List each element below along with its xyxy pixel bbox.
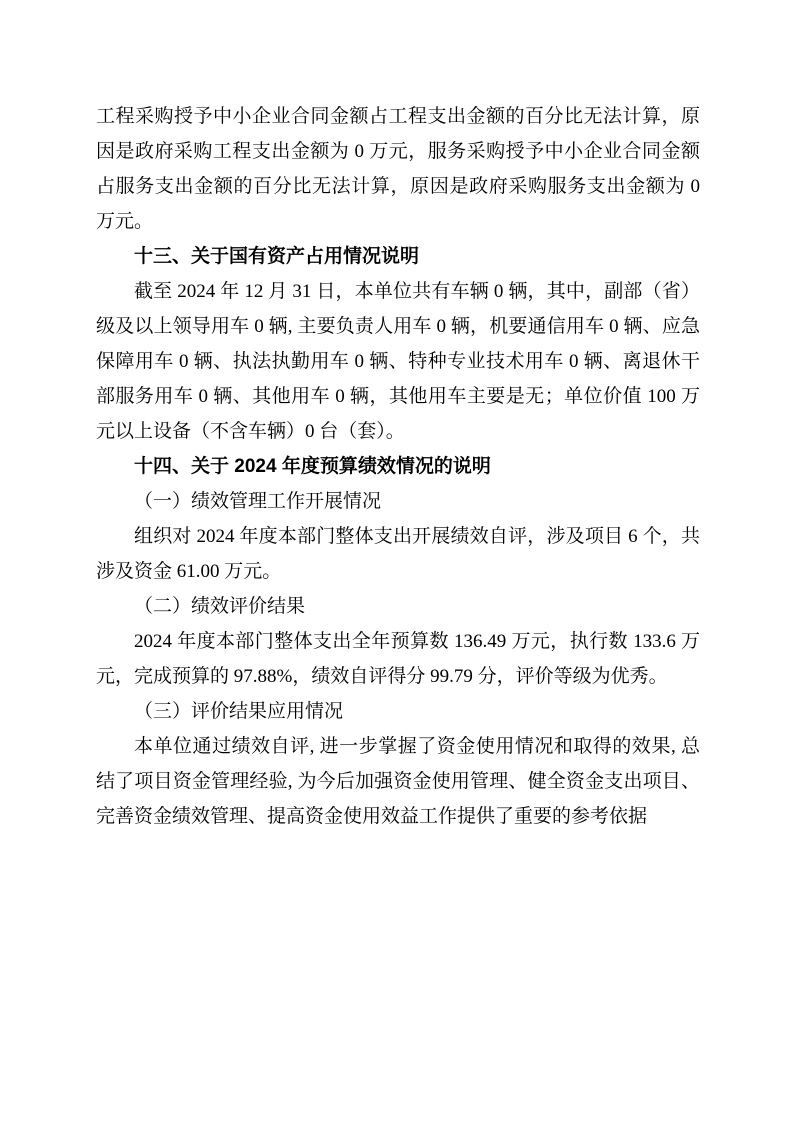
paragraph-self-evaluation: 组织对 2024 年度本部门整体支出开展绩效自评，涉及项目 6 个，共涉及资金 … [96, 519, 700, 589]
paragraph-state-assets: 截至 2024 年 12 月 31 日，本单位共有车辆 0 辆，其中，副部（省）… [96, 274, 700, 449]
paragraph-result-application: 本单位通过绩效自评, 进一步掌握了资金使用情况和取得的效果, 总结了项目资金管理… [96, 729, 700, 834]
heading-section-13: 十三、关于国有资产占用情况说明 [96, 239, 700, 274]
subheading-performance-management: （一）绩效管理工作开展情况 [96, 484, 700, 519]
heading-section-14: 十四、关于 2024 年度预算绩效情况的说明 [96, 449, 700, 484]
document-page: 工程采购授予中小企业合同金额占工程支出金额的百分比无法计算，原因是政府采购工程支… [0, 0, 793, 1122]
paragraph-evaluation-result: 2024 年度本部门整体支出全年预算数 136.49 万元，执行数 133.6 … [96, 624, 700, 694]
paragraph-procurement-continued: 工程采购授予中小企业合同金额占工程支出金额的百分比无法计算，原因是政府采购工程支… [96, 99, 700, 239]
subheading-evaluation-result: （二）绩效评价结果 [96, 589, 700, 624]
subheading-result-application: （三）评价结果应用情况 [96, 694, 700, 729]
